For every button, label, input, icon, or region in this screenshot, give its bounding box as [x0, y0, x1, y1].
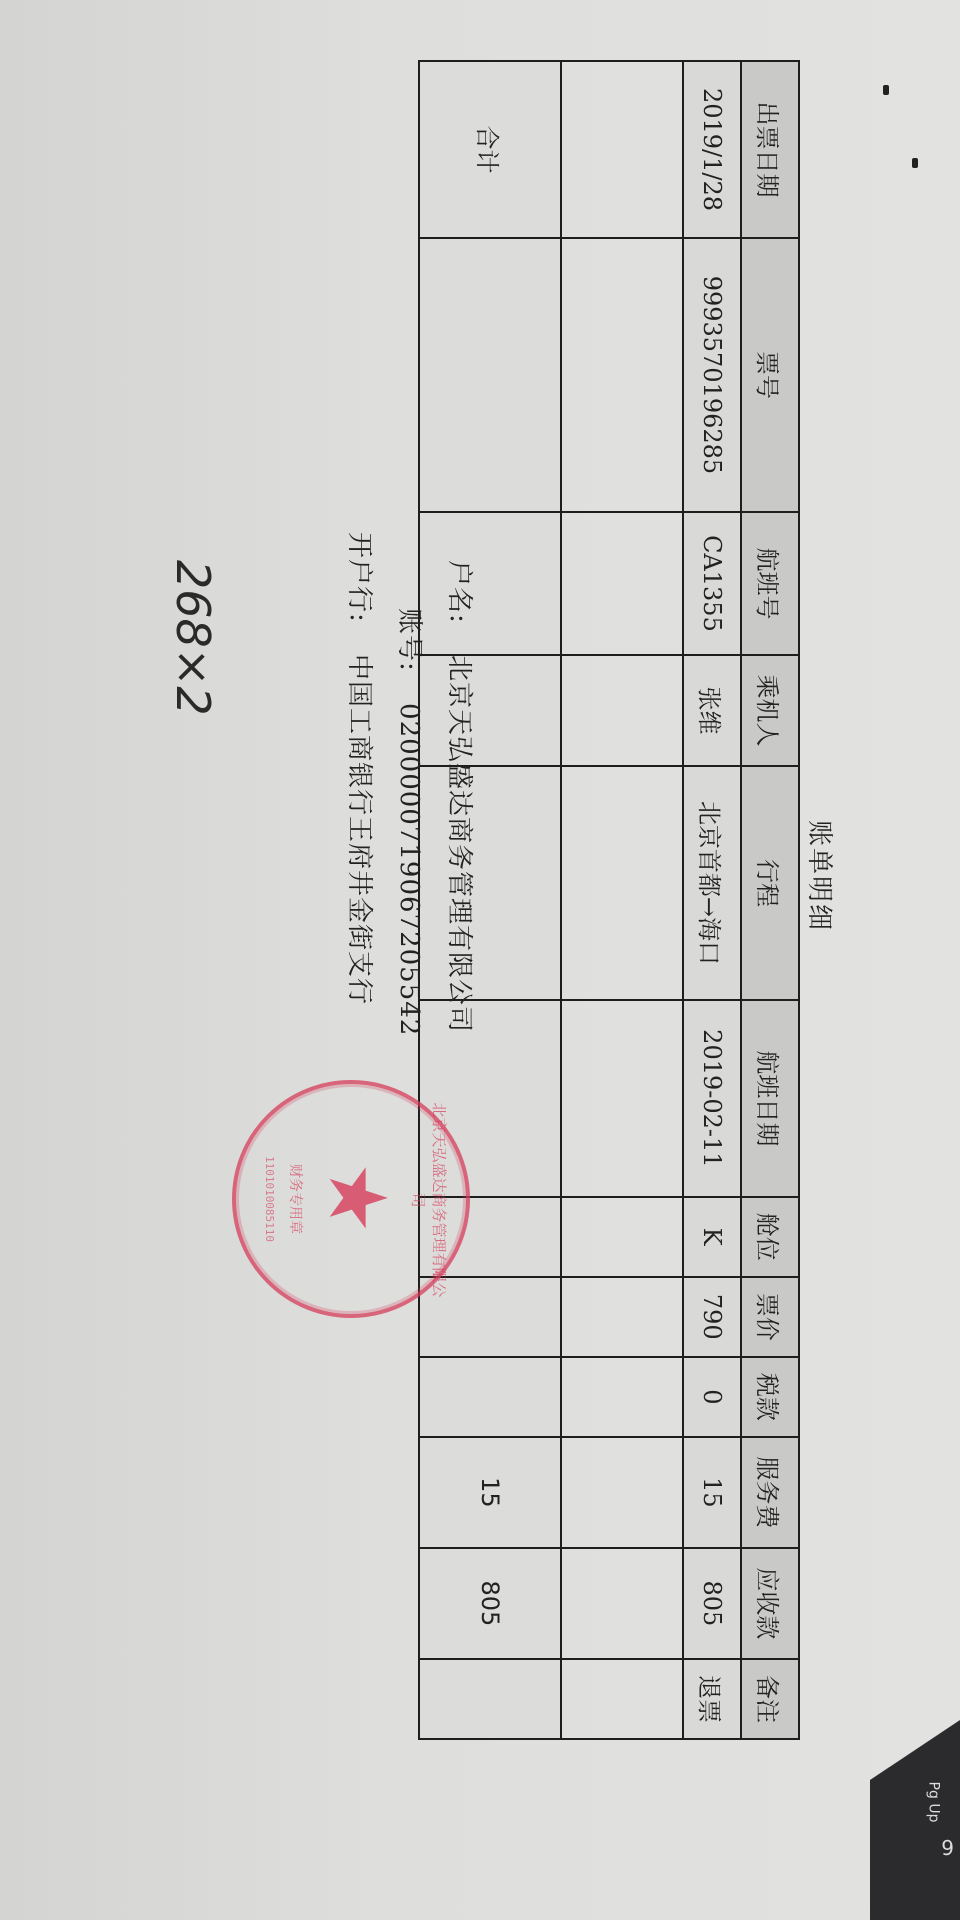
company-seal-stamp: 北京天弘盛达商务管理有限公司 ★ 财务专用章 1101010085110 — [232, 1080, 470, 1318]
cell-tax: 0 — [683, 1357, 741, 1437]
empty-cell — [561, 61, 683, 238]
header-cabin: 舱位 — [741, 1197, 799, 1277]
header-route: 行程 — [741, 766, 799, 1000]
document-title: 账单明细 — [803, 820, 840, 932]
total-receivable: 805 — [419, 1548, 561, 1659]
table-row: 2019/1/28 9993570196285 CA1355 张维 北京首都→海… — [683, 61, 741, 1739]
header-fare: 票价 — [741, 1277, 799, 1357]
table-total-row: 合计 15 805 — [419, 61, 561, 1739]
cell-fare: 790 — [683, 1277, 741, 1357]
key-9: 9 — [941, 1836, 954, 1860]
account-bank-label: 开户行: — [344, 532, 374, 623]
account-name-label: 户名: — [444, 560, 474, 624]
empty-cell — [561, 1548, 683, 1659]
header-service-fee: 服务费 — [741, 1437, 799, 1548]
account-name-value: 北京天弘盛达商务管理有限公司 — [444, 655, 474, 1033]
cell-receivable: 805 — [683, 1548, 741, 1659]
header-remark: 备注 — [741, 1659, 799, 1739]
account-bank-line: 开户行: 中国工商银行王府井金街支行 — [343, 532, 380, 1005]
empty-cell — [419, 1357, 561, 1437]
cell-flight-no: CA1355 — [683, 512, 741, 655]
stamp-company: 北京天弘盛达商务管理有限公司 — [408, 1102, 450, 1298]
account-bank-value: 中国工商银行王府井金街支行 — [344, 654, 374, 1005]
empty-cell — [419, 512, 561, 655]
empty-cell — [561, 1000, 683, 1197]
cell-remark: 退票 — [683, 1659, 741, 1739]
empty-cell — [419, 766, 561, 1000]
empty-cell — [419, 238, 561, 512]
cell-ticket-no: 9993570196285 — [683, 238, 741, 512]
empty-cell — [561, 1659, 683, 1739]
table-row-empty — [561, 61, 683, 1739]
cell-cabin: K — [683, 1197, 741, 1277]
empty-cell — [561, 1357, 683, 1437]
stamp-type: 财务专用章 — [286, 1124, 306, 1274]
cell-issue-date: 2019/1/28 — [683, 61, 741, 238]
table-header-row: 出票日期 票号 航班号 乘机人 行程 航班日期 舱位 票价 税款 服务费 应收款… — [741, 61, 799, 1739]
empty-cell — [561, 1277, 683, 1357]
account-name-line: 户名: 北京天弘盛达商务管理有限公司 — [443, 560, 480, 1033]
star-icon: ★ — [311, 1162, 404, 1234]
total-label: 合计 — [419, 61, 561, 238]
header-passenger: 乘机人 — [741, 655, 799, 766]
empty-cell — [419, 655, 561, 766]
header-receivable: 应收款 — [741, 1548, 799, 1659]
empty-cell — [561, 766, 683, 1000]
header-flight-no: 航班号 — [741, 512, 799, 655]
total-service-fee: 15 — [419, 1437, 561, 1548]
empty-cell — [561, 1197, 683, 1277]
cell-route: 北京首都→海口 — [683, 766, 741, 1000]
empty-cell — [561, 1437, 683, 1548]
header-issue-date: 出票日期 — [741, 61, 799, 238]
cell-service-fee: 15 — [683, 1437, 741, 1548]
stamp-number: 1101010085110 — [263, 1124, 276, 1274]
cell-flight-date: 2019-02-11 — [683, 1000, 741, 1197]
empty-cell — [419, 1659, 561, 1739]
empty-cell — [561, 512, 683, 655]
cell-passenger: 张维 — [683, 655, 741, 766]
header-tax: 税款 — [741, 1357, 799, 1437]
empty-cell — [561, 238, 683, 512]
header-ticket-no: 票号 — [741, 238, 799, 512]
key-page-up: Pg Up — [926, 1782, 942, 1823]
handwritten-note: 268×2 — [166, 560, 220, 716]
account-number-value: 0200000719067205542 — [394, 703, 424, 1036]
bill-document: 账单明细 出票日期 票号 航班号 乘机人 行程 航班日期 舱位 票价 税款 服务… — [60, 60, 940, 1820]
account-number-label: 账号: — [394, 608, 424, 672]
empty-cell — [561, 655, 683, 766]
header-flight-date: 航班日期 — [741, 1000, 799, 1197]
account-number-line: 账号: 0200000719067205542 — [393, 608, 430, 1036]
